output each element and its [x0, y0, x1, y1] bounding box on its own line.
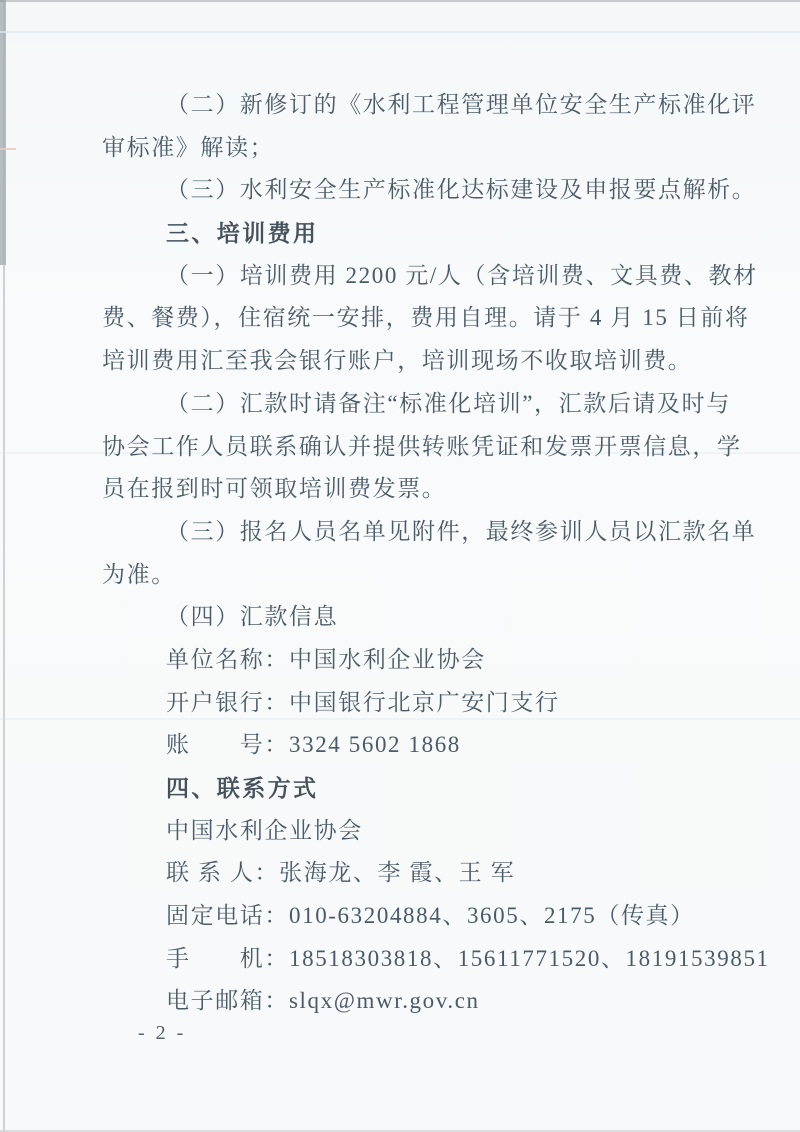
organization-name: 中国水利企业协会	[102, 810, 708, 853]
paragraph-line: （二）新修订的《水利工程管理单位安全生产标准化评	[102, 84, 708, 127]
scan-edge-top	[0, 0, 800, 2]
paragraph-line: （二）汇款时请备注“标准化培训”，汇款后请及时与	[102, 383, 708, 426]
paragraph-line: 协会工作人员联系确认并提供转账凭证和发票开票信息，学	[102, 426, 708, 469]
remittance-unit-name: 单位名称：中国水利企业协会	[102, 639, 708, 682]
remittance-account-number: 账 号：3324 5602 1868	[102, 724, 708, 767]
paragraph-line: 审标准》解读；	[102, 127, 708, 170]
paragraph-line: （三）报名人员名单见附件，最终参训人员以汇款名单	[102, 511, 708, 554]
paragraph-line: 员在报到时可领取培训费发票。	[102, 468, 708, 511]
contact-email: 电子邮箱：slqx@mwr.gov.cn	[102, 980, 708, 1023]
contact-mobile: 手 机：18518303818、15611771520、18191539851	[102, 938, 708, 981]
paragraph-line: （三）水利安全生产标准化达标建设及申报要点解析。	[102, 169, 708, 212]
scan-artifact-line	[0, 31, 800, 33]
page-number: - 2 -	[138, 1018, 186, 1048]
paragraph-line: 费、餐费），住宿统一安排，费用自理。请于 4 月 15 日前将	[102, 297, 708, 340]
remittance-bank: 开户银行：中国银行北京广安门支行	[102, 682, 708, 725]
paragraph-line: 培训费用汇至我会银行账户，培训现场不收取培训费。	[102, 340, 708, 383]
paragraph-line: （一）培训费用 2200 元/人（含培训费、文具费、教材	[102, 255, 708, 298]
section-heading-contact: 四、联系方式	[102, 767, 708, 810]
scanned-document-page: （二）新修订的《水利工程管理单位安全生产标准化评 审标准》解读； （三）水利安全…	[0, 0, 800, 1132]
section-heading-training-fee: 三、培训费用	[102, 212, 708, 255]
scan-edge-left-line	[3, 0, 5, 1132]
contact-persons: 联 系 人：张海龙、李 霞、王 军	[102, 852, 708, 895]
scan-artifact-mark	[0, 148, 16, 150]
contact-landline: 固定电话：010-63204884、3605、2175（传真）	[102, 895, 708, 938]
paragraph-line: 为准。	[102, 554, 708, 597]
paragraph-line: （四）汇款信息	[102, 596, 708, 639]
document-body: （二）新修订的《水利工程管理单位安全生产标准化评 审标准》解读； （三）水利安全…	[102, 84, 708, 1023]
